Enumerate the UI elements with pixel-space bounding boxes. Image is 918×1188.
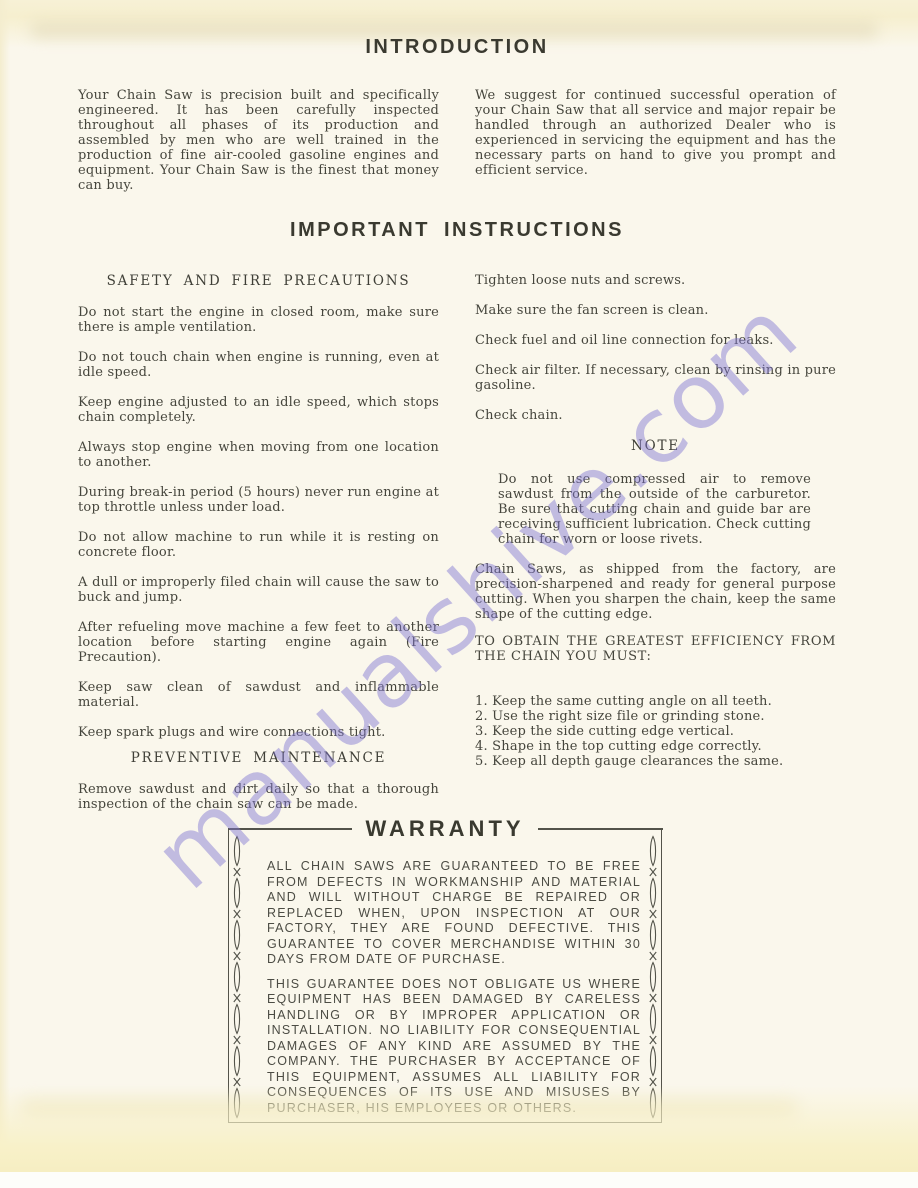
efficiency-item: 2. Use the right size file or grinding s… — [475, 709, 836, 724]
manual-page: INTRODUCTION Your Chain Saw is precision… — [0, 0, 918, 1188]
safety-item: A dull or improperly filed chain will ca… — [78, 575, 439, 605]
safety-item: Keep spark plugs and wire connections ti… — [78, 725, 439, 740]
safety-item: Keep saw clean of sawdust and inflammabl… — [78, 680, 439, 710]
efficiency-item: 5. Keep all depth gauge clearances the s… — [475, 754, 836, 769]
preventive-maintenance-heading: PREVENTIVE MAINTENANCE — [78, 750, 439, 766]
check-item: Tighten loose nuts and screws. — [475, 273, 836, 288]
safety-item: Keep engine adjusted to an idle speed, w… — [78, 395, 439, 425]
warranty-title-rule-right — [538, 828, 663, 830]
check-item: Check air filter. If necessary, clean by… — [475, 363, 836, 393]
introduction-section: Your Chain Saw is precision built and sp… — [78, 88, 836, 193]
warranty-body: ALL CHAIN SAWS ARE GUARANTEED TO BE FREE… — [229, 829, 661, 1116]
warranty-box: WARRANTY ALL CHAIN SAWS ARE GUARANTEED T… — [228, 829, 662, 1123]
efficiency-items-list: 1. Keep the same cutting angle on all te… — [475, 694, 836, 769]
safety-item: Do not touch chain when engine is runnin… — [78, 350, 439, 380]
warranty-heading: WARRANTY — [365, 816, 524, 842]
safety-item: Do not start the engine in closed room, … — [78, 305, 439, 335]
safety-item: Always stop engine when moving from one … — [78, 440, 439, 470]
instructions-section: SAFETY AND FIRE PRECAUTIONS Do not start… — [78, 266, 836, 812]
scan-artifact-bottom-band — [0, 1086, 918, 1172]
important-instructions-heading: IMPORTANT INSTRUCTIONS — [78, 219, 836, 242]
warranty-paragraph-1: ALL CHAIN SAWS ARE GUARANTEED TO BE FREE… — [267, 859, 641, 968]
efficiency-item: 1. Keep the same cutting angle on all te… — [475, 694, 836, 709]
warranty-chain-ornament-right — [647, 835, 659, 1119]
factory-sharpened-paragraph: Chain Saws, as shipped from the factory,… — [475, 562, 836, 622]
safety-precautions-heading: SAFETY AND FIRE PRECAUTIONS — [78, 273, 439, 289]
check-items-list: Tighten loose nuts and screws.Make sure … — [475, 273, 836, 423]
safety-item: Do not allow machine to run while it is … — [78, 530, 439, 560]
warranty-title-rule-left — [228, 828, 353, 830]
warranty-chain-ornament-left — [231, 835, 243, 1119]
preventive-maintenance-paragraph: Remove sawdust and dirt daily so that a … — [78, 782, 439, 812]
intro-right-paragraph: We suggest for continued successful oper… — [475, 88, 836, 193]
safety-items-list: Do not start the engine in closed room, … — [78, 305, 439, 740]
efficiency-item: 3. Keep the side cutting edge vertical. — [475, 724, 836, 739]
scan-artifact-bottom-edge — [0, 1172, 918, 1188]
safety-item: During break-in period (5 hours) never r… — [78, 485, 439, 515]
check-item: Check chain. — [475, 408, 836, 423]
efficiency-item: 4. Shape in the top cutting edge correct… — [475, 739, 836, 754]
scan-artifact-left-band — [0, 0, 10, 1188]
introduction-heading: INTRODUCTION — [78, 36, 836, 59]
instructions-right-column: Tighten loose nuts and screws.Make sure … — [475, 266, 836, 812]
warranty-title-row: WARRANTY — [228, 815, 663, 843]
check-item: Check fuel and oil line connection for l… — [475, 333, 836, 348]
instructions-left-column: SAFETY AND FIRE PRECAUTIONS Do not start… — [78, 266, 439, 812]
intro-left-paragraph: Your Chain Saw is precision built and sp… — [78, 88, 439, 193]
note-paragraph: Do not use compressed air to remove sawd… — [475, 472, 836, 547]
safety-item: After refueling move machine a few feet … — [78, 620, 439, 665]
check-item: Make sure the fan screen is clean. — [475, 303, 836, 318]
note-heading: NOTE — [475, 438, 836, 454]
efficiency-heading: TO OBTAIN THE GREATEST EFFICIENCY FROM T… — [475, 634, 836, 664]
